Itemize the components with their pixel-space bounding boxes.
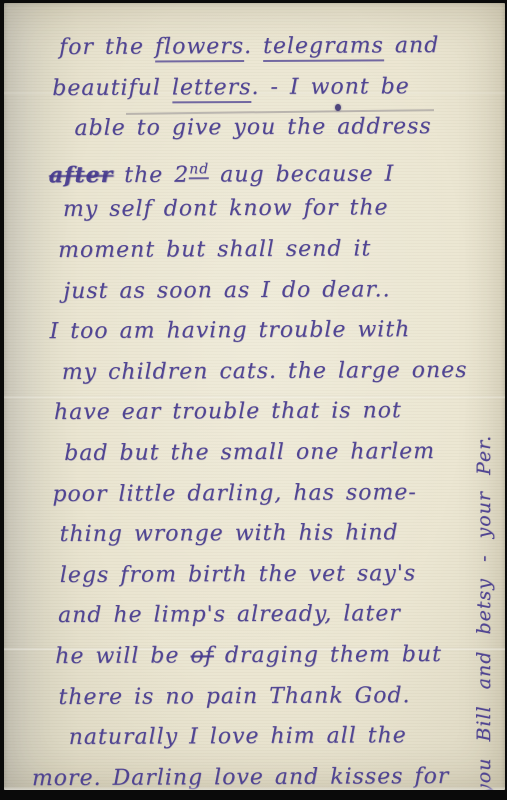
letter-word-segment: telegrams (263, 33, 384, 62)
letter-line: naturally I love him all the (6, 716, 505, 759)
letter-line: thing wronge with his hind (5, 513, 505, 556)
letter-word-segment: of (190, 643, 214, 668)
letter-line: my children cats. the large ones (4, 350, 505, 393)
letter-line: more. Darling love and kisses for (6, 756, 505, 790)
letter-word-segment: my self dont know for the (63, 196, 389, 223)
letter-word-segment: flowers (155, 34, 244, 62)
letter-line: just as soon as I do dear.. (4, 269, 504, 312)
letter-word-segment: poor little darling, has some- (52, 480, 416, 507)
letter-word-segment: nd (189, 161, 209, 179)
letter-word-segment: I too am having trouble with (50, 317, 411, 344)
letter-word-segment: and he limp's already, later (58, 602, 401, 629)
letter-word-segment: my children cats. the large ones (62, 358, 468, 385)
letter-word-segment: for the (59, 35, 155, 61)
letter-word-segment: thing wronge with his hind (60, 520, 399, 547)
letter-word-segment: . - I wont be (251, 74, 409, 100)
letter-word-segment: after (49, 162, 114, 188)
letter-word-segment: there is no pain Thank God. (58, 683, 410, 710)
letter-line: have ear trouble that is not (4, 391, 505, 434)
letter-word-segment: aug because I (209, 161, 394, 187)
letter-paper: for the flowers. telegrams andbeautiful … (4, 3, 505, 790)
letter-word-segment: draging them but (214, 642, 442, 668)
letter-body: for the flowers. telegrams andbeautiful … (4, 26, 505, 790)
letter-word-segment: moment but shall send it (58, 236, 371, 263)
letter-line: moment but shall send it (4, 229, 504, 272)
paper-bottom-edge-highlight (4, 786, 505, 790)
letter-line: able to give you the address (4, 107, 504, 150)
margin-note-vertical: you Bill and betsy - your Per. (462, 329, 505, 790)
letter-line: poor little darling, has some- (4, 472, 505, 515)
letter-line: beautiful letters. - I wont be (4, 66, 503, 109)
letter-line: legs from birth the vet say's (5, 553, 505, 596)
letter-line: bad but the small one harlem (4, 432, 505, 475)
letter-word-segment: just as soon as I do dear.. (63, 277, 390, 304)
letter-line: my self dont know for the (4, 188, 504, 231)
letter-word-segment: beautiful (52, 75, 172, 101)
letter-line: there is no pain Thank God. (5, 675, 505, 718)
letter-word-segment: he will be (55, 643, 190, 669)
letter-line: I too am having trouble with (4, 310, 505, 353)
letter-word-segment: and (384, 33, 440, 58)
letter-line: after the 2nd aug because I (4, 147, 504, 190)
letter-word-segment: naturally I love him all the (69, 723, 407, 750)
letter-word-segment: able to give you the address (74, 114, 431, 141)
letter-word-segment: legs from birth the vet say's (60, 561, 416, 588)
letter-line: and he limp's already, later (5, 594, 505, 637)
letter-word-segment: bad but the small one harlem (64, 439, 435, 466)
letter-line: for the flowers. telegrams and (4, 26, 503, 69)
letter-word-segment: . (244, 34, 263, 59)
letter-line: he will be of draging them but (5, 635, 505, 678)
letter-word-segment: the 2 (113, 162, 189, 187)
letter-word-segment: have ear trouble that is not (54, 399, 402, 426)
letter-word-segment: letters (172, 75, 252, 103)
